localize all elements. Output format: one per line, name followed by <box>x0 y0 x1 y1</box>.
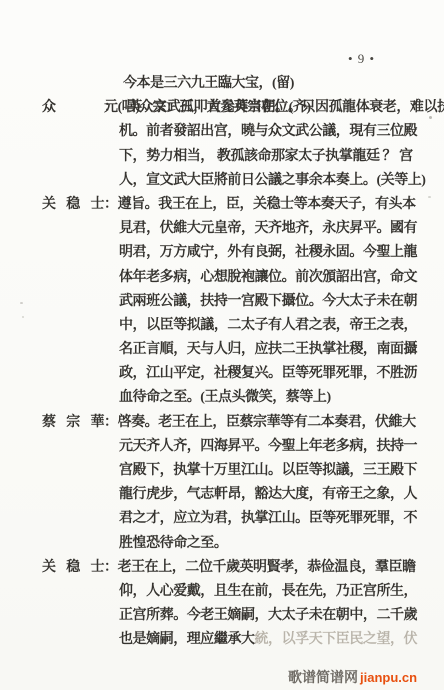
script-line: 龍行虎步，气志軒昂，豁达大度，有帝王之象，人 <box>42 483 434 507</box>
line-text: 中，以臣等拟議，二太子有人君之表，帝王之表， <box>119 318 417 333</box>
script-line: 机。前者發詔出宫，曉与众文武公議，現有三位殿 <box>42 120 434 144</box>
speaker-name: 关稳士 <box>42 193 104 217</box>
line-text: 胜惶恐待命之至。 <box>119 536 227 551</box>
line-text: 啓奏。老王在上，臣蔡宗華等有二本奏君，伏維大 <box>118 415 416 430</box>
script-line: 蔡宗華：啓奏。老王在上，臣蔡宗華等有二本奏君，伏維大 <box>42 411 104 435</box>
speaker-colon: ： <box>104 411 118 435</box>
speaker-colon: ： <box>104 193 118 217</box>
script-line: 名正言順，天与人归，应扶二王执掌社稷，南面攝 <box>42 338 434 362</box>
speaker-name: 众 <box>42 96 104 120</box>
script-line: 下，势力相当， 教孤該命那家太子执掌龍廷 ？ 宫 <box>42 145 434 169</box>
line-text: 見君，伏維大元皇帝，天齐地齐，永庆昇平。國有 <box>119 221 417 236</box>
page-number: • 9 • <box>348 51 408 67</box>
speaker-name: 元英宗 <box>104 96 166 120</box>
watermark: 歌谱简谱网jianpu.cn <box>288 667 417 687</box>
script-line: 血待命之至。(王点头微笑，蔡等上) <box>42 386 434 410</box>
line-text: 君之才，应立为君，执掌江山。臣等死罪死罪，不 <box>119 511 417 526</box>
watermark-domain-link[interactable]: jianpu.cn <box>360 670 417 685</box>
line-text: 也是嫡嗣，理应繼承大 <box>119 632 255 647</box>
line-text: 老王在上，二位千歲英明賢孝，恭俭温良，羣臣瞻 <box>118 560 416 575</box>
faded-line-text: 統，以孚天下臣民之望，伏 <box>255 632 418 647</box>
line-text: 体年老多病，心想脫袍讓位。前次頒詔出宫，命文 <box>119 270 417 285</box>
script-line: 正宫所葬。今老王嫡嗣，大太子未在朝中，二千歲 <box>42 604 434 628</box>
script-line: 宫殿下，执掌十万里江山。以臣等拟議，三王殿下 <box>42 459 434 483</box>
scanned-script-page: • 9 • 今本是三六九王臨大宝，(留)众：(唱)众文武三叩首参拜当朝。(齐)元… <box>0 0 444 690</box>
script-line: 仰，人心爱戴，且生在前，長在先，乃正宫所生， <box>42 580 434 604</box>
line-text: 元天齐人齐，四海昇平。今聖上年老多病，扶持一 <box>119 439 417 454</box>
line-text: 机。前者發詔出宫，曉与众文武公議，現有三位殿 <box>119 124 417 139</box>
script-lines: 今本是三六九王臨大宝，(留)众：(唱)众文武三叩首参拜当朝。(齐)元英宗：孤，大… <box>42 72 434 653</box>
script-line: 武兩班公議，扶持一宫殿下攝位。今大太子未在朝 <box>42 290 434 314</box>
line-text: 遵旨。我王在上，臣，关稳士等本奏天子，有头本 <box>118 197 416 212</box>
line-text: 仰，人心爱戴，且生在前，長在先，乃正宫所生， <box>119 584 417 599</box>
scan-speck <box>428 196 431 198</box>
script-line: 胜惶恐待命之至。 <box>42 532 434 556</box>
script-line: 人，宣文武大臣將前日公議之事余本奏上。(关等上) <box>42 169 434 193</box>
line-text: 血待命之至。(王点头微笑，蔡等上) <box>119 390 331 405</box>
line-text: 下，势力相当， 教孤該命那家太子执掌龍廷 ？ 宫 <box>119 149 413 164</box>
speaker-name: 关稳士 <box>42 556 104 580</box>
scan-speck <box>22 316 24 318</box>
script-line: 君之才，应立为君，执掌江山。臣等死罪死罪，不 <box>42 507 434 531</box>
scan-speck <box>429 116 432 119</box>
line-text: 孤，大元英宗在位。只因孤龍体衰老，难以执掌万 <box>180 100 444 115</box>
script-line: 中，以臣等拟議，二太子有人君之表，帝王之表， <box>42 314 434 338</box>
script-line: 元英宗：孤，大元英宗在位。只因孤龍体衰老，难以执掌万 <box>104 96 166 120</box>
script-line: 关稳士：老王在上，二位千歲英明賢孝，恭俭温良，羣臣瞻 <box>42 556 104 580</box>
line-text: 正宫所葬。今老王嫡嗣，大太子未在朝中，二千歲 <box>119 608 417 623</box>
watermark-site-name: 歌谱简谱网 <box>288 671 358 686</box>
script-line: 众：(唱)众文武三叩首参拜当朝。(齐) <box>42 96 104 120</box>
line-text: 龍行虎步，气志軒昂，豁达大度，有帝王之象，人 <box>119 487 417 502</box>
script-line: 今本是三六九王臨大宝，(留) <box>42 72 434 96</box>
script-line: 元天齐人齐，四海昇平。今聖上年老多病，扶持一 <box>42 435 434 459</box>
script-line: 明君，万方咸宁，外有良弼，社稷永固。今聖上龍 <box>42 241 434 265</box>
line-text: 人，宣文武大臣將前日公議之事余本奏上。(关等上) <box>119 173 426 188</box>
script-line: 体年老多病，心想脫袍讓位。前次頒詔出宫，命文 <box>42 266 434 290</box>
speaker-colon: ： <box>166 96 180 120</box>
line-text: 名正言順，天与人归，应扶二王执掌社稷，南面攝 <box>119 342 417 357</box>
speaker-colon: ： <box>104 556 118 580</box>
script-line: 見君，伏維大元皇帝，天齐地齐，永庆昇平。國有 <box>42 217 434 241</box>
speaker-name: 蔡宗華 <box>42 411 104 435</box>
script-line: 也是嫡嗣，理应繼承大統，以孚天下臣民之望，伏 <box>42 628 434 652</box>
line-text: 宫殿下，执掌十万里江山。以臣等拟議，三王殿下 <box>119 463 417 478</box>
script-line: 关稳士：遵旨。我王在上，臣，关稳士等本奏天子，有头本 <box>42 193 104 217</box>
line-text: 今本是三六九王臨大宝，(留) <box>123 76 294 91</box>
script-line: 政，江山平定，社稷复兴。臣等死罪死罪，不胜沥 <box>42 362 434 386</box>
line-text: 武兩班公議，扶持一宫殿下攝位。今大太子未在朝 <box>119 294 417 309</box>
line-text: 明君，万方咸宁，外有良弼，社稷永固。今聖上龍 <box>119 245 417 260</box>
scan-speck <box>20 302 23 304</box>
line-text: 政，江山平定，社稷复兴。臣等死罪死罪，不胜沥 <box>119 366 417 381</box>
